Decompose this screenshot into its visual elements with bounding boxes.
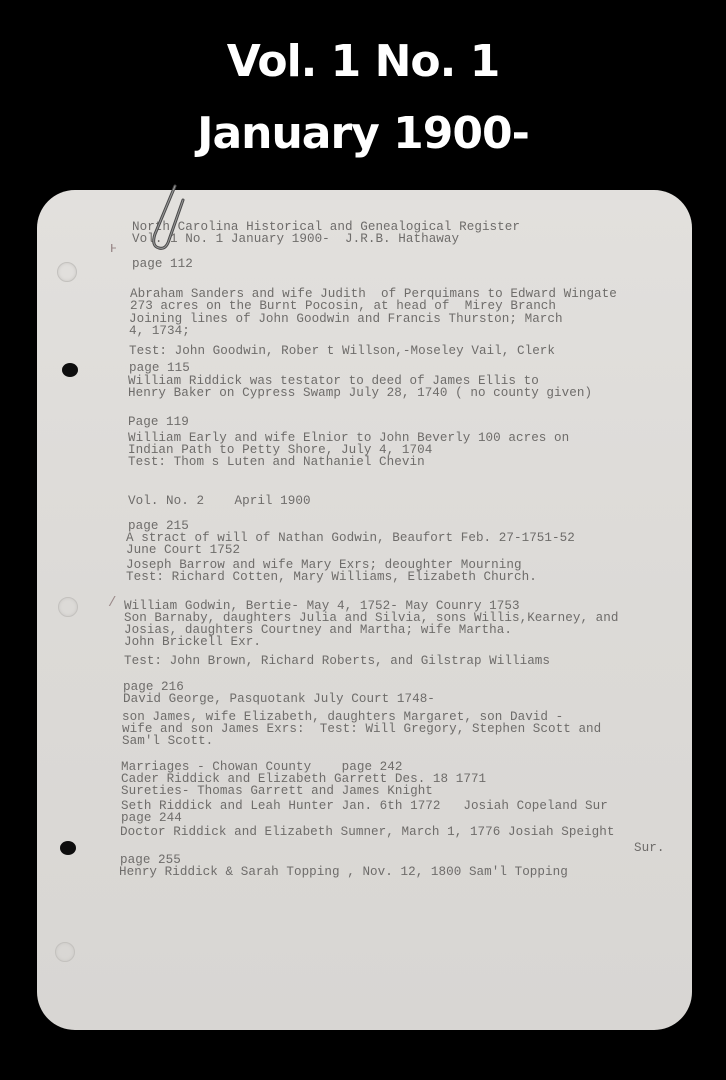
entry-line: Test: John Brown, Richard Roberts, and G… bbox=[124, 655, 550, 667]
entry-line: Henry Riddick & Sarah Topping , Nov. 12,… bbox=[119, 866, 568, 878]
entry-line: Joining lines of John Goodwin and Franci… bbox=[129, 313, 563, 325]
entry-line: 273 acres on the Burnt Pocosin, at head … bbox=[130, 300, 556, 312]
entry-line: Henry Baker on Cypress Swamp July 28, 17… bbox=[128, 387, 592, 399]
entry-line: David George, Pasquotank July Court 1748… bbox=[123, 693, 435, 705]
entry-line: Sureties- Thomas Garrett and James Knigh… bbox=[121, 785, 433, 797]
volume-heading: Vol. No. 2 April 1900 bbox=[128, 495, 311, 507]
page-ref: page 115 bbox=[129, 362, 190, 374]
entry-line: Doctor Riddick and Elizabeth Sumner, Mar… bbox=[120, 826, 615, 838]
caption-date: January 1900- bbox=[0, 112, 726, 156]
entry-line: Test: Thom s Luten and Nathaniel Chevin bbox=[128, 456, 425, 468]
entry-line: John Brickell Exr. bbox=[124, 636, 261, 648]
entry-line: Sam'l Scott. bbox=[122, 735, 213, 747]
document-page: ⱶ / North Carolina Historical and Geneal… bbox=[37, 190, 692, 1030]
paperclip-icon bbox=[145, 184, 185, 252]
entry-line: Test: John Goodwin, Rober t Willson,-Mos… bbox=[129, 345, 555, 357]
page-ref: page 244 bbox=[121, 812, 182, 824]
entry-line: June Court 1752 bbox=[126, 544, 240, 556]
entry-line: Sur. bbox=[634, 842, 664, 854]
caption-volume: Vol. 1 No. 1 bbox=[0, 40, 726, 84]
entry-line: Test: Richard Cotten, Mary Williams, Eli… bbox=[126, 571, 537, 583]
entry-line: Seth Riddick and Leah Hunter Jan. 6th 17… bbox=[121, 800, 608, 812]
page-ref: page 112 bbox=[132, 258, 193, 270]
typed-text: North Carolina Historical and Genealogic… bbox=[37, 190, 692, 1030]
page-ref: Page 119 bbox=[128, 416, 189, 428]
entry-line: 4, 1734; bbox=[129, 325, 190, 337]
